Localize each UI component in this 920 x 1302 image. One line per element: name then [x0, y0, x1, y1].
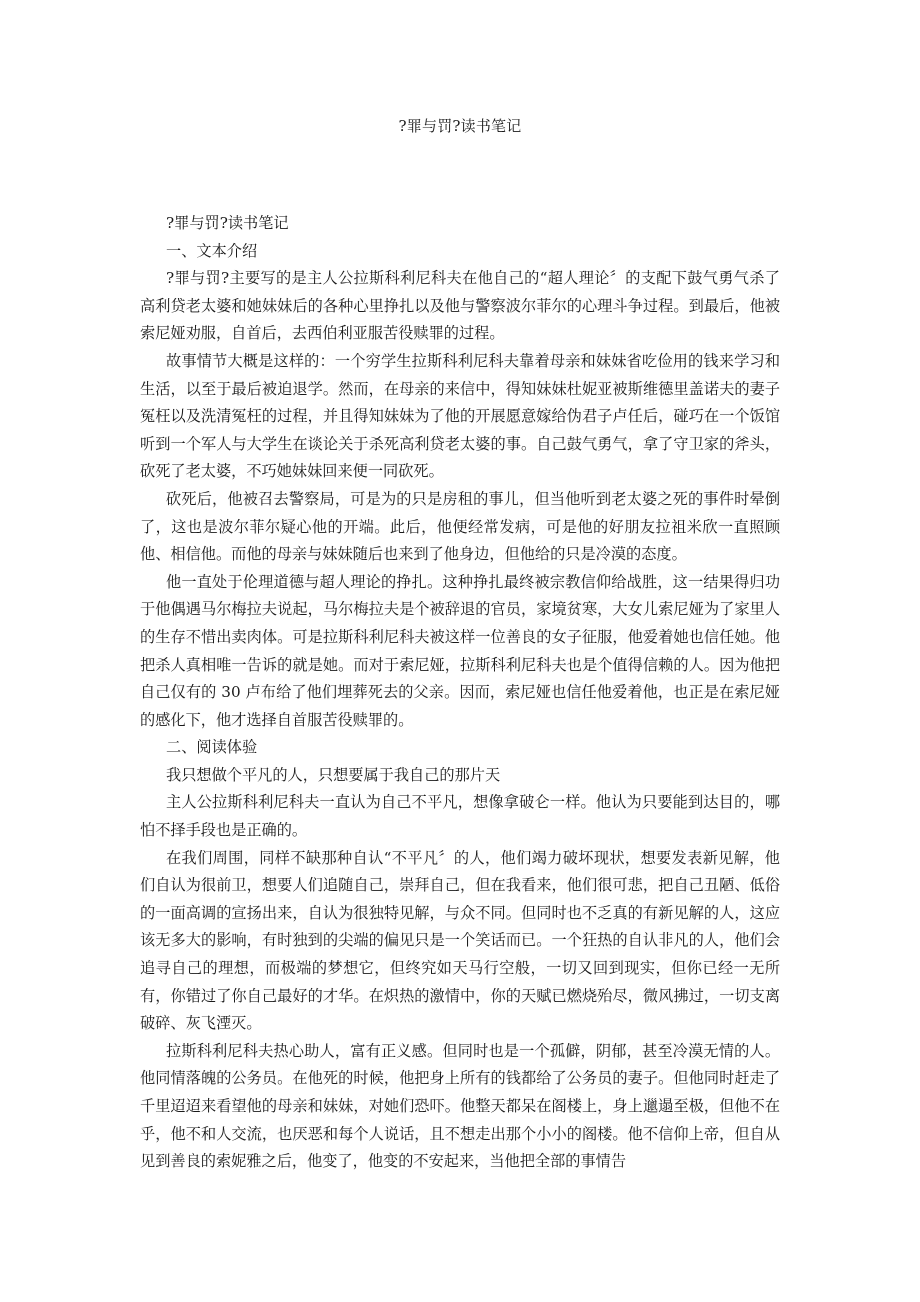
- paragraph-struggle: 他一直处于伦理道德与超人理论的挣扎。这种挣扎最终被宗教信仰给战胜，这一结果得归功…: [140, 569, 780, 735]
- paragraph-summary: ?罪与罚?主要写的是主人公拉斯科利尼科夫在他自己的“超人理论〞的支配下鼓气勇气杀…: [140, 265, 780, 348]
- section-heading-text-intro: 一、文本介绍: [140, 238, 780, 266]
- subheading-ordinary-person: 我只想做个平凡的人，只想要属于我自己的那片天: [140, 762, 780, 790]
- paragraph-around-us: 在我们周围，同样不缺那种自认“不平凡〞的人，他们竭力破坏现状，想要发表新见解，他…: [140, 845, 780, 1038]
- paragraph-character: 拉斯科利尼科夫热心助人，富有正义感。但同时也是一个孤僻，阴郁，甚至冷漠无情的人。…: [140, 1038, 780, 1176]
- document-title: ?罪与罚?读书笔记: [0, 115, 920, 137]
- section-heading-reading-experience: 二、阅读体验: [140, 734, 780, 762]
- paragraph-after-murder: 砍死后，他被召去警察局，可是为的只是房租的事儿，但当他听到老太婆之死的事件时晕倒…: [140, 486, 780, 569]
- section-heading-book-title: ?罪与罚?读书笔记: [140, 210, 780, 238]
- document-page: ?罪与罚?读书笔记 ?罪与罚?读书笔记 一、文本介绍 ?罪与罚?主要写的是主人公…: [0, 0, 920, 1302]
- paragraph-plot: 故事情节大概是这样的：一个穷学生拉斯科利尼科夫靠着母亲和妹妹省吃俭用的钱来学习和…: [140, 348, 780, 486]
- document-body: ?罪与罚?读书笔记 一、文本介绍 ?罪与罚?主要写的是主人公拉斯科利尼科夫在他自…: [140, 210, 780, 1176]
- paragraph-napoleon: 主人公拉斯科利尼科夫一直认为自己不平凡，想像拿破仑一样。他认为只要能到达目的，哪…: [140, 789, 780, 844]
